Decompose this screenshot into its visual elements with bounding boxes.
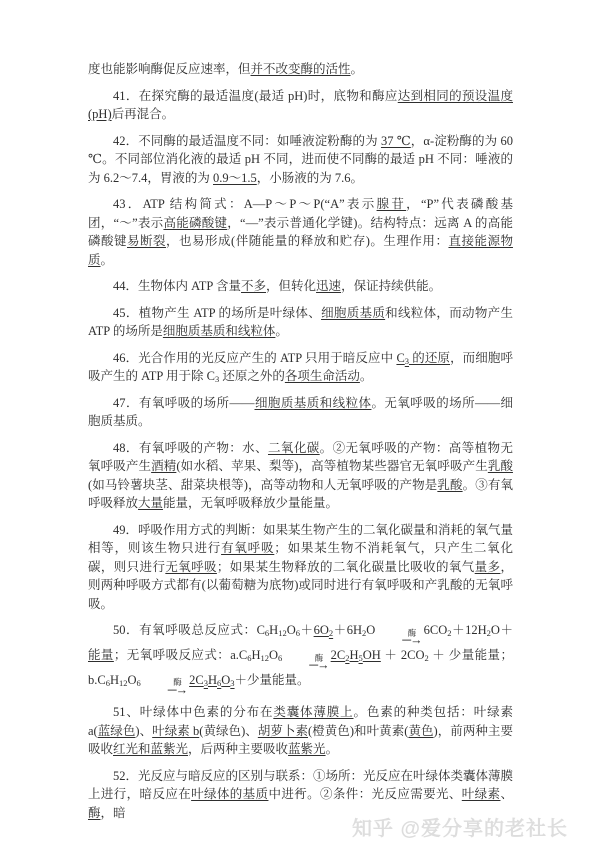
text-run: ，保证持续供能。	[341, 279, 441, 293]
text-run: 红光和蓝紫光	[113, 742, 188, 756]
paragraph: 48．有氧呼吸的产物：水、二氧化碳。②无氧呼吸的产物：高等植物无氧呼吸产生酒精(…	[88, 439, 513, 513]
text-run: 并不改变酶的活性	[251, 62, 351, 76]
text-run: 酒精	[151, 459, 176, 473]
text-run: 细胞质基质和线粒体	[163, 324, 276, 338]
paragraph: 度也能影响酶促反应速率，但并不改变酶的活性。	[88, 60, 513, 79]
text-run: 度也能影响酶促反应速率，但	[88, 62, 251, 76]
paragraph: 45．植物产生 ATP 的场所是叶绿体、细胞质基质和线粒体，而动物产生 ATP …	[88, 304, 513, 341]
text-run: 12	[278, 628, 287, 638]
text-run: 6CO	[424, 623, 448, 637]
text-run: 37 ℃	[381, 134, 411, 148]
text-run: 。	[275, 324, 288, 338]
text-run: (黄绿色)、	[199, 724, 258, 738]
arrow-shaft: ─→	[284, 661, 328, 670]
text-run: ，暗	[101, 806, 126, 820]
text-run: 0.9～1.5	[213, 171, 257, 185]
text-run: H	[208, 673, 217, 687]
text-run: 类囊体薄膜上	[273, 705, 353, 719]
text-run: 42．不同酶的最适温度不同：如唾液淀粉酶的为	[113, 134, 381, 148]
text-run: 48．有氧呼吸的产物：水、	[113, 441, 268, 455]
text-run: 。	[351, 62, 364, 76]
text-run: ＋少量能量。	[235, 673, 310, 687]
text-run: O＋	[491, 623, 513, 637]
text-run: OH	[363, 648, 381, 662]
text-run: 43．ATP 结构简式：A—P～P～P(“A”表示	[113, 197, 377, 211]
text-run: 。	[326, 742, 339, 756]
text-run: 的还原	[409, 351, 450, 365]
text-run: ＋12H	[452, 623, 487, 637]
text-run: ＋ 2CO	[381, 648, 425, 662]
text-run: O	[128, 673, 137, 687]
text-run: 乳酸	[488, 459, 513, 473]
text-run: 叶绿素 b	[152, 724, 199, 738]
text-run: ＋6H	[333, 623, 362, 637]
text-run: 大量	[138, 496, 163, 510]
text-run: 2C	[331, 648, 346, 662]
text-run: 无氧呼吸	[165, 560, 217, 574]
text-run: ；如果某生物释放的二氧化碳量比吸收的氧气	[217, 560, 475, 574]
text-run: 胡萝卜素	[258, 724, 308, 738]
text-run: 47．有氧呼吸的场所——	[113, 396, 255, 410]
paragraph: 49．呼吸作用方式的判断：如果某生物产生的二氧化碳量和消耗的氧气量相等，则该生物…	[88, 521, 513, 614]
text-run: 易断裂	[127, 234, 166, 248]
text-run: ＋	[300, 623, 314, 637]
text-run: ；无氧呼吸反应式：a.C	[114, 648, 247, 662]
paragraph: 42．不同酶的最适温度不同：如唾液淀粉酶的为 37 ℃，α-淀粉酶的为 60 ℃…	[88, 132, 513, 188]
watermark-zhihu: 知乎 @爱分享的老社长	[352, 812, 568, 841]
document-body: 度也能影响酶促反应速率，但并不改变酶的活性。41．在探究酶的最适温度(最适 pH…	[88, 60, 513, 830]
arrow-shaft: ─→	[377, 636, 421, 645]
text-run: O	[269, 648, 278, 662]
text-run: 50．有氧呼吸总反应式：C	[113, 623, 265, 637]
text-run: (橙黄色)和叶黄素(	[308, 724, 408, 738]
text-run: H	[110, 673, 119, 687]
text-run: 高能磷酸键	[163, 216, 227, 230]
text-run: ，小肠液的为 7.6。	[257, 171, 363, 185]
text-run: 黄色	[408, 724, 433, 738]
text-run: ，但转化	[266, 279, 316, 293]
text-run: O	[366, 623, 375, 637]
text-run: H	[349, 648, 358, 662]
text-run: 12	[261, 653, 270, 663]
text-run: (如水稻、苹果、梨等)，高等植物某些器官无氧呼吸产生	[176, 459, 487, 473]
paragraph: 44．生物体内 ATP 含量不多，但转化迅速，保证持续供能。	[88, 277, 513, 296]
text-run: 还原之外的	[219, 369, 285, 383]
text-run: 有氧呼吸	[221, 541, 274, 555]
text-run: 酶	[88, 806, 101, 820]
paragraph: 47．有氧呼吸的场所——细胞质基质和线粒体。无氧呼吸的场所——细胞质基质。	[88, 394, 513, 431]
text-run: )、	[135, 724, 152, 738]
text-run: 能量，无氧呼吸释放少量能量。	[163, 496, 338, 510]
text-run: 蓝绿色	[98, 724, 136, 738]
text-run: 细胞质基质	[321, 306, 385, 320]
text-run: (如马铃薯块茎、甜菜块根等)，高等动物和人无氧呼吸的产物是	[88, 478, 437, 492]
paragraph: 51、叶绿体中色素的分布在类囊体薄膜上。色素的种类包括：叶绿素 a(蓝绿色)、叶…	[88, 703, 513, 759]
text-run: 能量	[88, 648, 114, 662]
text-run: ，后两种主要吸收	[188, 742, 288, 756]
text-run: 12	[119, 678, 128, 688]
text-run: 量多	[475, 560, 501, 574]
text-run: 46．光合作用的光反应产生的 ATP 只用于暗反应中	[113, 351, 396, 365]
text-run: 45．植物产生 ATP 的场所是叶绿体、	[113, 306, 321, 320]
paragraph: 43．ATP 结构简式：A—P～P～P(“A”表示腺苷，“P”代表磷酸基团，“～…	[88, 195, 513, 269]
text-run: 细胞质基质和线粒体	[255, 396, 372, 410]
text-run: 2C	[189, 673, 204, 687]
text-run: 51、叶绿体中色素的分布在	[113, 705, 273, 719]
text-run: 乳酸	[437, 478, 462, 492]
text-run: 迅速	[316, 279, 341, 293]
text-run: 腺苷	[377, 197, 407, 211]
text-run: 不多	[241, 279, 266, 293]
text-run: 6O	[314, 623, 329, 637]
text-run: H	[251, 648, 260, 662]
text-run: 44．生物体内 ATP 含量	[113, 279, 241, 293]
reaction-arrow-enzyme: 酶─→	[143, 678, 187, 695]
text-run: 6	[278, 653, 282, 663]
text-run: ，也易形成(伴随能量的释放和贮存)。生理作用：	[166, 234, 448, 248]
text-run: O	[221, 673, 230, 687]
paragraph: 50．有氧呼吸总反应式：C6H12O6＋6O2＋6H2O酶─→6CO2＋12H2…	[88, 621, 513, 695]
paragraph: 46．光合作用的光反应产生的 ATP 只用于暗反应中 C3 的还原，而细胞呼吸产…	[88, 349, 513, 386]
arrow-shaft: ─→	[143, 686, 187, 695]
reaction-arrow-enzyme: 酶─→	[284, 654, 328, 671]
text-run: 41．在探究酶的最适温度(最适 pH)时，底物和酶应	[113, 89, 398, 103]
text-run: 各项生命活动	[285, 369, 360, 383]
document-page: 度也能影响酶促反应速率，但并不改变酶的活性。41．在探究酶的最适温度(最适 pH…	[0, 0, 600, 849]
paragraph: 41．在探究酶的最适温度(最适 pH)时，底物和酶应达到相同的预设温度(pH)后…	[88, 87, 513, 124]
text-run: 蓝紫光	[288, 742, 326, 756]
text-run: 。	[101, 253, 114, 267]
page-number: 4	[0, 787, 600, 798]
text-run: H	[269, 623, 278, 637]
text-run: O	[287, 623, 296, 637]
reaction-arrow-enzyme: 酶─→	[377, 629, 421, 646]
text-run: 。	[360, 369, 373, 383]
text-run: 后再混合。	[112, 107, 175, 121]
text-run: 6	[137, 678, 141, 688]
text-run: 二氧化碳	[268, 441, 320, 455]
text-run: C	[396, 351, 404, 365]
